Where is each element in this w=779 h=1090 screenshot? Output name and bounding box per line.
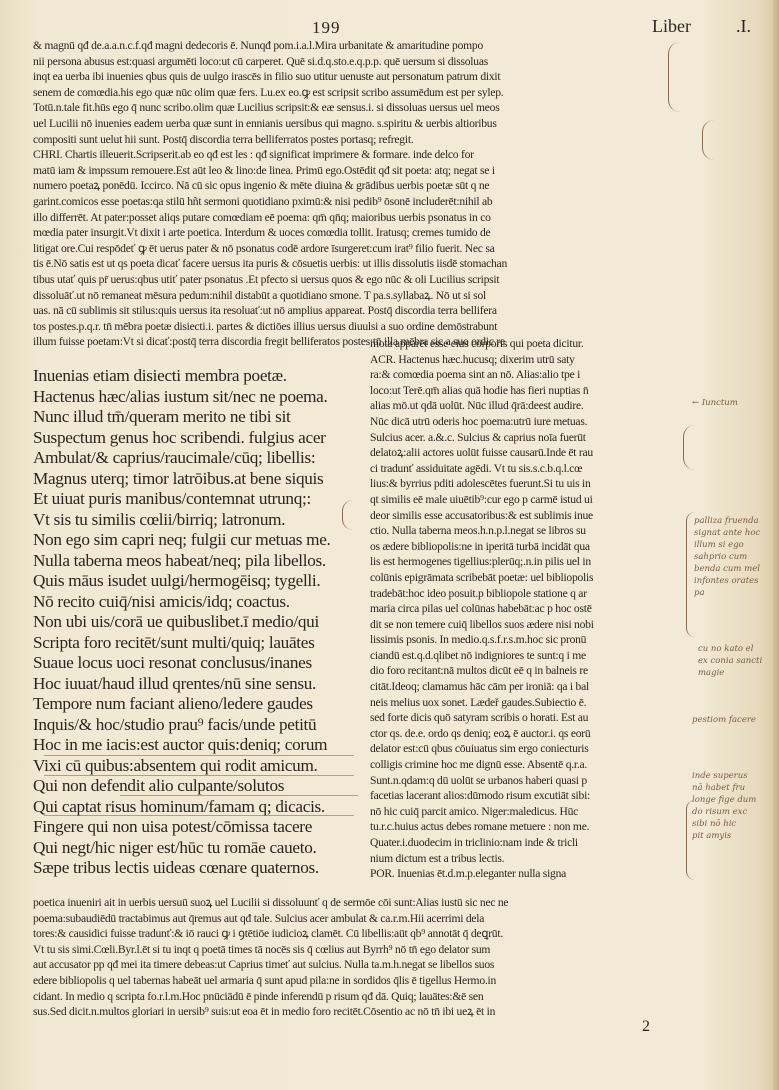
- commentary-line: inqt ea uerba ibi inuenies qbus quis de …: [33, 69, 687, 85]
- commentary-line: Totū.n.tale fit.hūs ego q̄ nunc scribo.o…: [33, 100, 687, 116]
- commentary-line: senem de comœdia.his ego quæ nūc olim qu…: [33, 85, 687, 101]
- marginal-note-line: longe fige dum: [692, 794, 756, 806]
- marginal-note-block: cu no kato el ex conia sancti magie: [698, 643, 762, 679]
- book-number: .I.: [736, 16, 751, 37]
- verse-line: Qui negt/hic niger est/hūc tu romāe caue…: [33, 838, 363, 859]
- book-page: 199 Liber .I. & magnū qđ de.a.a.n.c.f.qđ…: [0, 0, 779, 1090]
- underline-mark: [44, 775, 354, 776]
- commentary-line: lissimis psonis. In medio.q.s.f.r.s.m.ho…: [370, 632, 690, 648]
- verse-line: Vt sis tu similis cœlii/birriq; latronum…: [33, 510, 363, 531]
- commentary-line: illo differrēt. At pater:posset aliqs pu…: [33, 210, 687, 226]
- verse-line: Scripta foro recitēt/sunt multi/quiq; la…: [33, 633, 363, 654]
- commentary-line: colūnis epigrāmata scribebāt poetæ: uel …: [370, 570, 690, 586]
- verse-line: Suaue locus uoci resonat conclusus/inane…: [33, 653, 363, 674]
- commentary-line: Sulcius acer. a.&.c. Sulcius & caprius n…: [370, 430, 690, 446]
- verse-line: Sæpe tribus lectis uideas cœnare quatern…: [33, 858, 363, 879]
- top-commentary: & magnū qđ de.a.a.n.c.f.qđ magni dedecor…: [33, 38, 687, 350]
- verse-line: Qui captat risus hominum/famam q; dicaci…: [33, 797, 363, 818]
- right-commentary: mota apparēt esse eius corporis qui poet…: [370, 336, 690, 882]
- marginal-note-block: inde superus nā habet fru longe fige dum…: [692, 770, 756, 842]
- commentary-line: Nūc dicā utrū oderis hoc poema:utrū iure…: [370, 414, 690, 430]
- verse-line: Inuenias etiam disiecti membra poetæ.: [33, 366, 363, 387]
- marginal-note-line: pit amyis: [692, 830, 756, 842]
- verse-line: Hactenus hæc/alias iustum sit/nec ne poe…: [33, 387, 363, 408]
- commentary-line: Sunt.n.qdam:q dū uolūt se urbanos haberi…: [370, 773, 690, 789]
- commentary-line: mœdia pater insurgit.Vt dixit i arte poe…: [33, 225, 687, 241]
- commentary-line: sed forte dicis quō satyram scribis o ho…: [370, 710, 690, 726]
- commentary-line: edere bibliopolis q uel tabernas habeāt …: [33, 973, 687, 989]
- underline-mark: [44, 815, 354, 816]
- commentary-line: maria circa pilas uel colūnas habebāt:ac…: [370, 601, 690, 617]
- commentary-line: compositi sunt uelut hii sunt. Postq̄ di…: [33, 132, 687, 148]
- marginal-note-line: nā habet fru: [692, 782, 756, 794]
- marginal-note-line: sibi nō hic: [692, 818, 756, 830]
- verse-line: Quis māus isudet uulgi/hermogēisq; tygel…: [33, 571, 363, 592]
- verse-text: Inuenias etiam disiecti membra poetæ. Ha…: [33, 366, 363, 879]
- commentary-line: aut accusator pp qđ mei ita timere debea…: [33, 957, 687, 973]
- commentary-line: mota apparēt esse eius corporis qui poet…: [370, 336, 690, 352]
- commentary-line: & magnū qđ de.a.a.n.c.f.qđ magni dedecor…: [33, 38, 687, 54]
- commentary-line: facetias lacerant alios:dūmodo risum exc…: [370, 788, 690, 804]
- commentary-line: neis melius uox sonet. Lædeř gaudes.Subi…: [370, 695, 690, 711]
- commentary-line: CHRI. Chartis illeuerit.Scripserit.ab eo…: [33, 147, 687, 163]
- verse-line: Ambulat/& caprius/raucimale/cūq; libelli…: [33, 448, 363, 469]
- commentary-line: alias mō.ut qdā uolūt. Nūc illud q̄rā:de…: [370, 398, 690, 414]
- marginal-note-line: illum si ego: [694, 539, 760, 551]
- commentary-line: ra:& comœdia poema sint an nō. Alias:ali…: [370, 367, 690, 383]
- marginal-note-line: palliza fruenda: [694, 515, 760, 527]
- commentary-line: lis est hermogenes tigellius:plerūq;.n.i…: [370, 554, 690, 570]
- margin-bracket: [342, 500, 353, 530]
- commentary-line: tis ē.Nō satis est ut qs poeta dicať fac…: [33, 256, 687, 272]
- marginal-note-line: ex conia sancti: [698, 655, 762, 667]
- verse-line: Nunc illud tm̄/queram merito ne tibi sit: [33, 407, 363, 428]
- commentary-line: os ædere bibliopolis:ne in iperitā turbā…: [370, 539, 690, 555]
- verse-line: Non ubi uis/corā ue quibuslibet.ī medio/…: [33, 612, 363, 633]
- marginal-note: pestiom facere: [692, 714, 756, 726]
- marginal-note-line: signat ante hoc: [694, 527, 760, 539]
- commentary-line: ACR. Hactenus hæc.hucusq; dixerim utrū s…: [370, 352, 690, 368]
- commentary-line: dio foro recitant:nā multos dicūt eē q i…: [370, 663, 690, 679]
- commentary-line: numero poetaꝝ ponēdū. Iccirco. Nā cū sic…: [33, 178, 687, 194]
- commentary-line: poetica inueniri ait in uerbis uersuū su…: [33, 895, 687, 911]
- commentary-line: nium dictum est a tribus lectis.: [370, 851, 690, 867]
- commentary-line: POR. Inuenias ēt.d.m.p.eleganter nulla s…: [370, 866, 690, 882]
- marginal-note-line: sahprio cum: [694, 551, 760, 563]
- margin-bracket: [702, 120, 717, 160]
- marginal-note-line: inde superus: [692, 770, 756, 782]
- commentary-line: dit se non temere cuiq̄ libellos suos æd…: [370, 617, 690, 633]
- folio-number: 199: [312, 18, 341, 38]
- commentary-line: uas. nā cū sublimis sit stilus:quis uers…: [33, 303, 687, 319]
- page-header: 199 Liber .I.: [0, 14, 779, 36]
- commentary-line: lius:& byrrius pditi adolescētes fuerunt…: [370, 476, 690, 492]
- marginal-note-line: magie: [698, 667, 762, 679]
- commentary-line: nii persona abusus est:quasi argumēti lo…: [33, 54, 687, 70]
- commentary-line: garint.comicos esse poetas:qa stilū hñt …: [33, 194, 687, 210]
- commentary-line: tu.r.c.huius actus debes romane metuere …: [370, 819, 690, 835]
- verse-line: Tempore num faciant alieno/ledere gaudes: [33, 694, 363, 715]
- verse-line: Suspectum genus hoc scribendi. fulgius a…: [33, 428, 363, 449]
- underline-mark: [120, 795, 358, 796]
- verse-line: Qui non defendit alio culpante/solutos: [33, 776, 363, 797]
- verse-line: Vixi cū quibus:absentem qui rodit amicum…: [33, 756, 363, 777]
- verse-line: Inquis/& hoc/studio prau⁹ facis/unde pet…: [33, 715, 363, 736]
- commentary-line: delatoꝝ:alii actores uolūt fuisse causar…: [370, 445, 690, 461]
- commentary-line: litigat ore.Cui respōdeť ꝙ ēt uerus pate…: [33, 241, 687, 257]
- commentary-line: tibus utať quis pr̄ uerus:qbus utiť pate…: [33, 272, 687, 288]
- running-head: Liber: [652, 16, 691, 37]
- commentary-line: ctio. Nulla taberna meos.h.n.p.l.negat s…: [370, 523, 690, 539]
- verse-line: Non ego sim capri neq; fulgii cur metuas…: [33, 530, 363, 551]
- marginal-note-line: benda cum mel: [694, 563, 760, 575]
- commentary-line: tradebāt:hoc ideo posuit.p bibliopole st…: [370, 586, 690, 602]
- verse-line: Nulla taberna meos habeat/neq; pila libe…: [33, 551, 363, 572]
- commentary-line: poema:subaudiēdū tractabimus aut q̄remus…: [33, 911, 687, 927]
- verse-line: Et uiuat puris manibus/contemnat utrunq;…: [33, 489, 363, 510]
- marginal-note-line: do risum exc: [692, 806, 756, 818]
- signature-mark: 2: [642, 1018, 650, 1036]
- commentary-line: delator est:cū qbus cōuiuatus sim ergo c…: [370, 741, 690, 757]
- commentary-line: dissoluāť.ut nō remaneat mēsura pedum:ni…: [33, 288, 687, 304]
- commentary-line: qt similis eē male uiuētib⁹:cur ego p ca…: [370, 492, 690, 508]
- page-edge: [773, 0, 779, 1090]
- verse-line: Fingere qui non uisa potest/cōmissa tace…: [33, 817, 363, 838]
- marginal-note-block: palliza fruenda signat ante hoc illum si…: [694, 515, 760, 599]
- commentary-line: Quater.i.duodecim in triclinio:nam inde …: [370, 835, 690, 851]
- verse-line: Nō recito cuiq̄/nisi amicis/idq; coactus…: [33, 592, 363, 613]
- commentary-line: deor similis esse accusatoribus:& est su…: [370, 508, 690, 524]
- margin-bracket: [668, 42, 681, 112]
- commentary-line: ci tradunť assiduitate agēdi. Vt tu sis.…: [370, 461, 690, 477]
- verse-line: Magnus uterq; timor latrōibus.at bene si…: [33, 469, 363, 490]
- commentary-line: citāt.Ideoq; clamamus hāc cām per ironiā…: [370, 679, 690, 695]
- commentary-line: matū iam & impssum remouere.Est aūt leo …: [33, 163, 687, 179]
- commentary-line: uel Lucilii nō inuenies eadem uerba quæ …: [33, 116, 687, 132]
- commentary-line: tores:& causidici fuisse tradunť:& iō ra…: [33, 926, 687, 942]
- commentary-line: loco:ut Terē.qm̄ alias quā hodie has fie…: [370, 383, 690, 399]
- commentary-line: sus.Sed dicit.n.multos gloriari in uersi…: [33, 1004, 687, 1020]
- bottom-commentary: poetica inueniri ait in uerbis uersuū su…: [33, 895, 687, 1020]
- commentary-line: colligis crimine hoc me dignū esse. Abse…: [370, 757, 690, 773]
- verse-line: Hoc in me iacis:est auctor quis:deniq; c…: [33, 735, 363, 756]
- underline-mark: [44, 755, 354, 756]
- commentary-line: nō hic cuiq̄ parcit amico. Niger:maledic…: [370, 804, 690, 820]
- commentary-line: ctor qs. de.e. ordo qs deniq; eoꝝ ē auct…: [370, 726, 690, 742]
- marginal-note-line: pa: [694, 587, 760, 599]
- margin-bracket: [683, 425, 698, 470]
- marginal-note-line: cu no kato el: [698, 643, 762, 655]
- commentary-line: cidant. In medio q scripta fo.r.l.m.Hoc …: [33, 989, 687, 1005]
- commentary-line: tos postes.p.q.r. tn̄ mēbra poetæ disiec…: [33, 319, 687, 335]
- marginal-note-line: infontes orates: [694, 575, 760, 587]
- marginal-note: ← Iunctum: [692, 397, 738, 409]
- commentary-line: ciandū est.q.d.qlibet nō indigniores te …: [370, 648, 690, 664]
- verse-line: Hoc iuuat/haud illud qrentes/nū sine sen…: [33, 674, 363, 695]
- commentary-line: Vt tu sis simi.Cœli.Byr.l.ēt si tu inqt …: [33, 942, 687, 958]
